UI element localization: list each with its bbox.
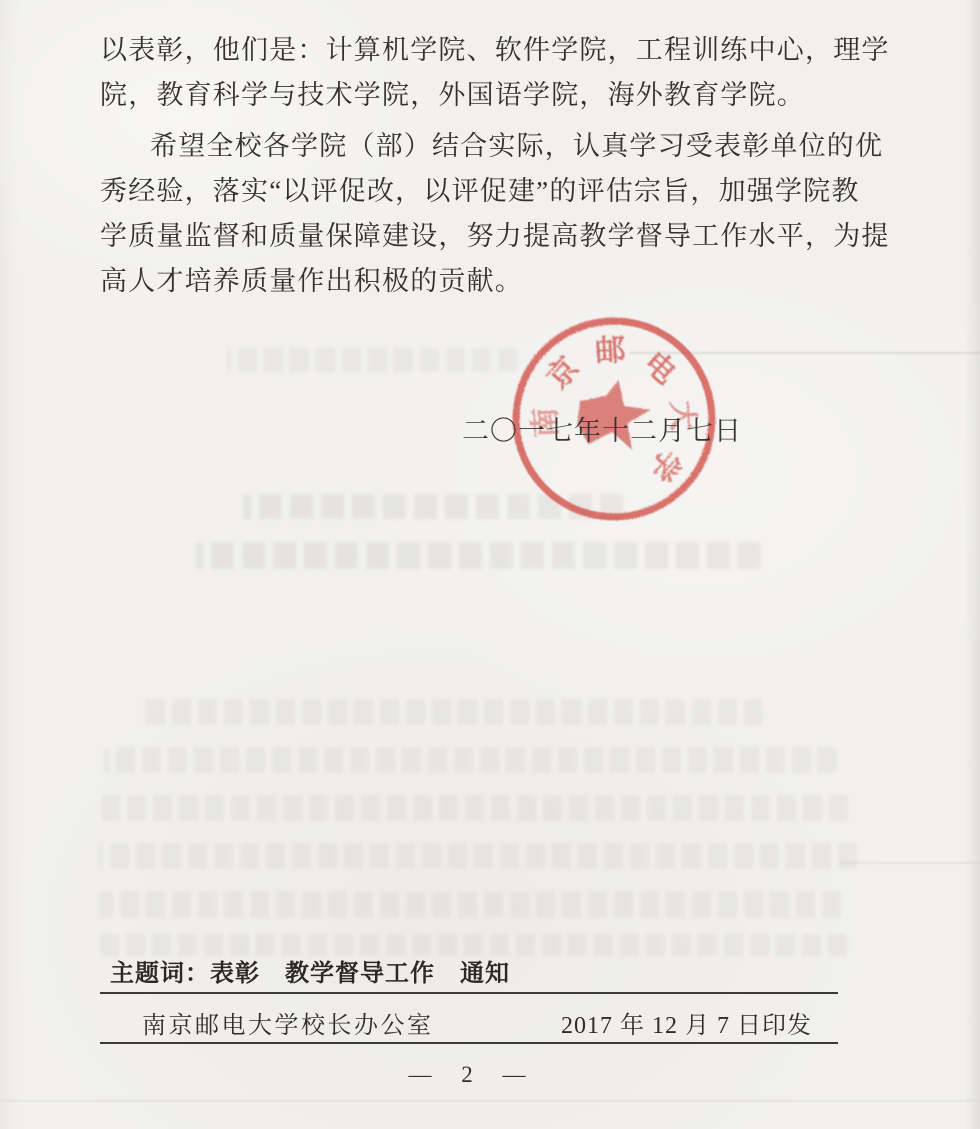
crease-mark bbox=[840, 862, 980, 864]
seal-character: 邮 bbox=[594, 333, 627, 369]
issuing-office: 南京邮电大学校长办公室 bbox=[142, 1005, 434, 1040]
footer-divider bbox=[100, 1042, 838, 1044]
page-number: — 2 — bbox=[0, 1062, 946, 1088]
body-line: 学质量监督和质量保障建设，努力提高教学督导工作水平，为提 bbox=[100, 216, 910, 261]
bleedthrough-text bbox=[99, 891, 841, 918]
bleedthrough-text bbox=[138, 699, 763, 725]
body-line: 希望全校各学院（部）结合实际，认真学习受表彰单位的优 bbox=[100, 126, 910, 171]
subject-keywords: 主题词：表彰 教学督导工作 通知 bbox=[110, 953, 510, 988]
body-line: 高人才培养质量作出积极的贡献。 bbox=[100, 261, 910, 306]
issuer-row: 南京邮电大学校长办公室 2017 年 12 月 7 日印发 bbox=[100, 1005, 838, 1040]
seal-character: 电 bbox=[637, 345, 682, 391]
document-page: 以表彰，他们是：计算机学院、软件学院，工程训练中心，理学 院，教育科学与技术学院… bbox=[0, 0, 980, 1129]
body-line: 秀经验，落实“以评促改，以评促建”的评估宗旨，加强学院教 bbox=[100, 171, 910, 216]
bleedthrough-text bbox=[196, 542, 761, 569]
seal-character: 京 bbox=[540, 350, 586, 396]
seal-character: 学 bbox=[642, 442, 688, 487]
document-body: 以表彰，他们是：计算机学院、软件学院，工程训练中心，理学 院，教育科学与技术学院… bbox=[100, 30, 910, 306]
signature-date: 二〇一七年十二月七日 bbox=[462, 409, 742, 448]
bleedthrough-text bbox=[99, 843, 857, 869]
bleedthrough-text bbox=[101, 795, 848, 821]
bleedthrough-text bbox=[104, 747, 837, 773]
body-line: 以表彰，他们是：计算机学院、软件学院，工程训练中心，理学 bbox=[100, 30, 910, 75]
body-line: 院，教育科学与技术学院，外国语学院，海外教育学院。 bbox=[100, 75, 910, 120]
crease-mark bbox=[0, 1100, 980, 1102]
print-date: 2017 年 12 月 7 日印发 bbox=[561, 1005, 812, 1040]
bleedthrough-text bbox=[227, 348, 517, 372]
footer-divider bbox=[100, 992, 838, 994]
